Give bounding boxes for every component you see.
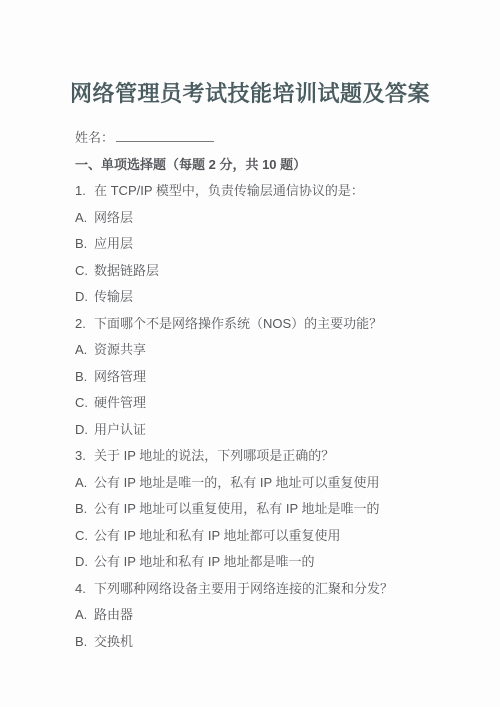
option-letter: A. (75, 210, 94, 225)
option-text: 公有 IP 地址和私有 IP 地址都可以重复使用 (94, 528, 341, 543)
question-text: 在 TCP/IP 模型中，负责传输层通信协议的是： (94, 183, 364, 198)
option-letter: B. (75, 634, 94, 649)
option-text: 公有 IP 地址和私有 IP 地址都是唯一的 (94, 554, 315, 569)
option-text: 资源共享 (94, 342, 146, 357)
option-letter: C. (75, 395, 94, 410)
question-text: 下列哪种网络设备主要用于网络连接的汇聚和分发？ (94, 581, 393, 596)
question-3-option-b: B.公有 IP 地址可以重复使用，私有 IP 地址是唯一的 (75, 501, 480, 528)
question-text: 关于 IP 地址的说法，下列哪项是正确的？ (94, 448, 334, 463)
question-4: 4.下列哪种网络设备主要用于网络连接的汇聚和分发？ (75, 581, 480, 608)
option-letter: B. (75, 236, 94, 251)
option-letter: D. (75, 554, 94, 569)
document-title: 网络管理员考试技能培训试题及答案 (0, 80, 500, 108)
option-text: 硬件管理 (94, 395, 146, 410)
name-row: 姓名： (75, 130, 480, 157)
question-number: 1. (75, 183, 94, 198)
option-letter: D. (75, 422, 94, 437)
question-number: 2. (75, 316, 94, 331)
question-1-option-d: D.传输层 (75, 289, 480, 316)
exam-document-page: 网络管理员考试技能培训试题及答案 姓名： 一、单项选择题（每题 2 分，共 10… (0, 0, 500, 707)
option-text: 网络管理 (94, 369, 146, 384)
question-text: 下面哪个不是网络操作系统（NOS）的主要功能？ (94, 316, 382, 331)
option-text: 交换机 (94, 634, 133, 649)
question-2-option-c: C.硬件管理 (75, 395, 480, 422)
option-letter: A. (75, 475, 94, 490)
option-letter: C. (75, 263, 94, 278)
section-heading: 一、单项选择题（每题 2 分，共 10 题） (75, 157, 480, 184)
question-1-option-a: A.网络层 (75, 210, 480, 237)
name-label: 姓名： (75, 130, 114, 145)
option-letter: B. (75, 501, 94, 516)
question-4-option-a: A.路由器 (75, 607, 480, 634)
question-3-option-a: A.公有 IP 地址是唯一的，私有 IP 地址可以重复使用 (75, 475, 480, 502)
option-text: 公有 IP 地址是唯一的，私有 IP 地址可以重复使用 (94, 475, 380, 490)
question-3-option-d: D.公有 IP 地址和私有 IP 地址都是唯一的 (75, 554, 480, 581)
option-letter: B. (75, 369, 94, 384)
question-4-option-b: B.交换机 (75, 634, 480, 661)
question-3: 3.关于 IP 地址的说法，下列哪项是正确的？ (75, 448, 480, 475)
question-number: 4. (75, 581, 94, 596)
document-body: 姓名： 一、单项选择题（每题 2 分，共 10 题） 1.在 TCP/IP 模型… (75, 130, 480, 660)
question-1-option-b: B.应用层 (75, 236, 480, 263)
name-blank-line (116, 130, 214, 142)
option-text: 路由器 (94, 607, 133, 622)
question-3-option-c: C.公有 IP 地址和私有 IP 地址都可以重复使用 (75, 528, 480, 555)
option-letter: D. (75, 289, 94, 304)
option-letter: A. (75, 607, 94, 622)
option-letter: A. (75, 342, 94, 357)
option-letter: C. (75, 528, 94, 543)
question-2-option-b: B.网络管理 (75, 369, 480, 396)
option-text: 数据链路层 (94, 263, 159, 278)
option-text: 传输层 (94, 289, 133, 304)
question-2-option-d: D.用户认证 (75, 422, 480, 449)
option-text: 网络层 (94, 210, 133, 225)
option-text: 用户认证 (94, 422, 146, 437)
question-number: 3. (75, 448, 94, 463)
question-1-option-c: C.数据链路层 (75, 263, 480, 290)
question-1: 1.在 TCP/IP 模型中，负责传输层通信协议的是： (75, 183, 480, 210)
option-text: 公有 IP 地址可以重复使用，私有 IP 地址是唯一的 (94, 501, 380, 516)
question-2-option-a: A.资源共享 (75, 342, 480, 369)
question-2: 2.下面哪个不是网络操作系统（NOS）的主要功能？ (75, 316, 480, 343)
option-text: 应用层 (94, 236, 133, 251)
